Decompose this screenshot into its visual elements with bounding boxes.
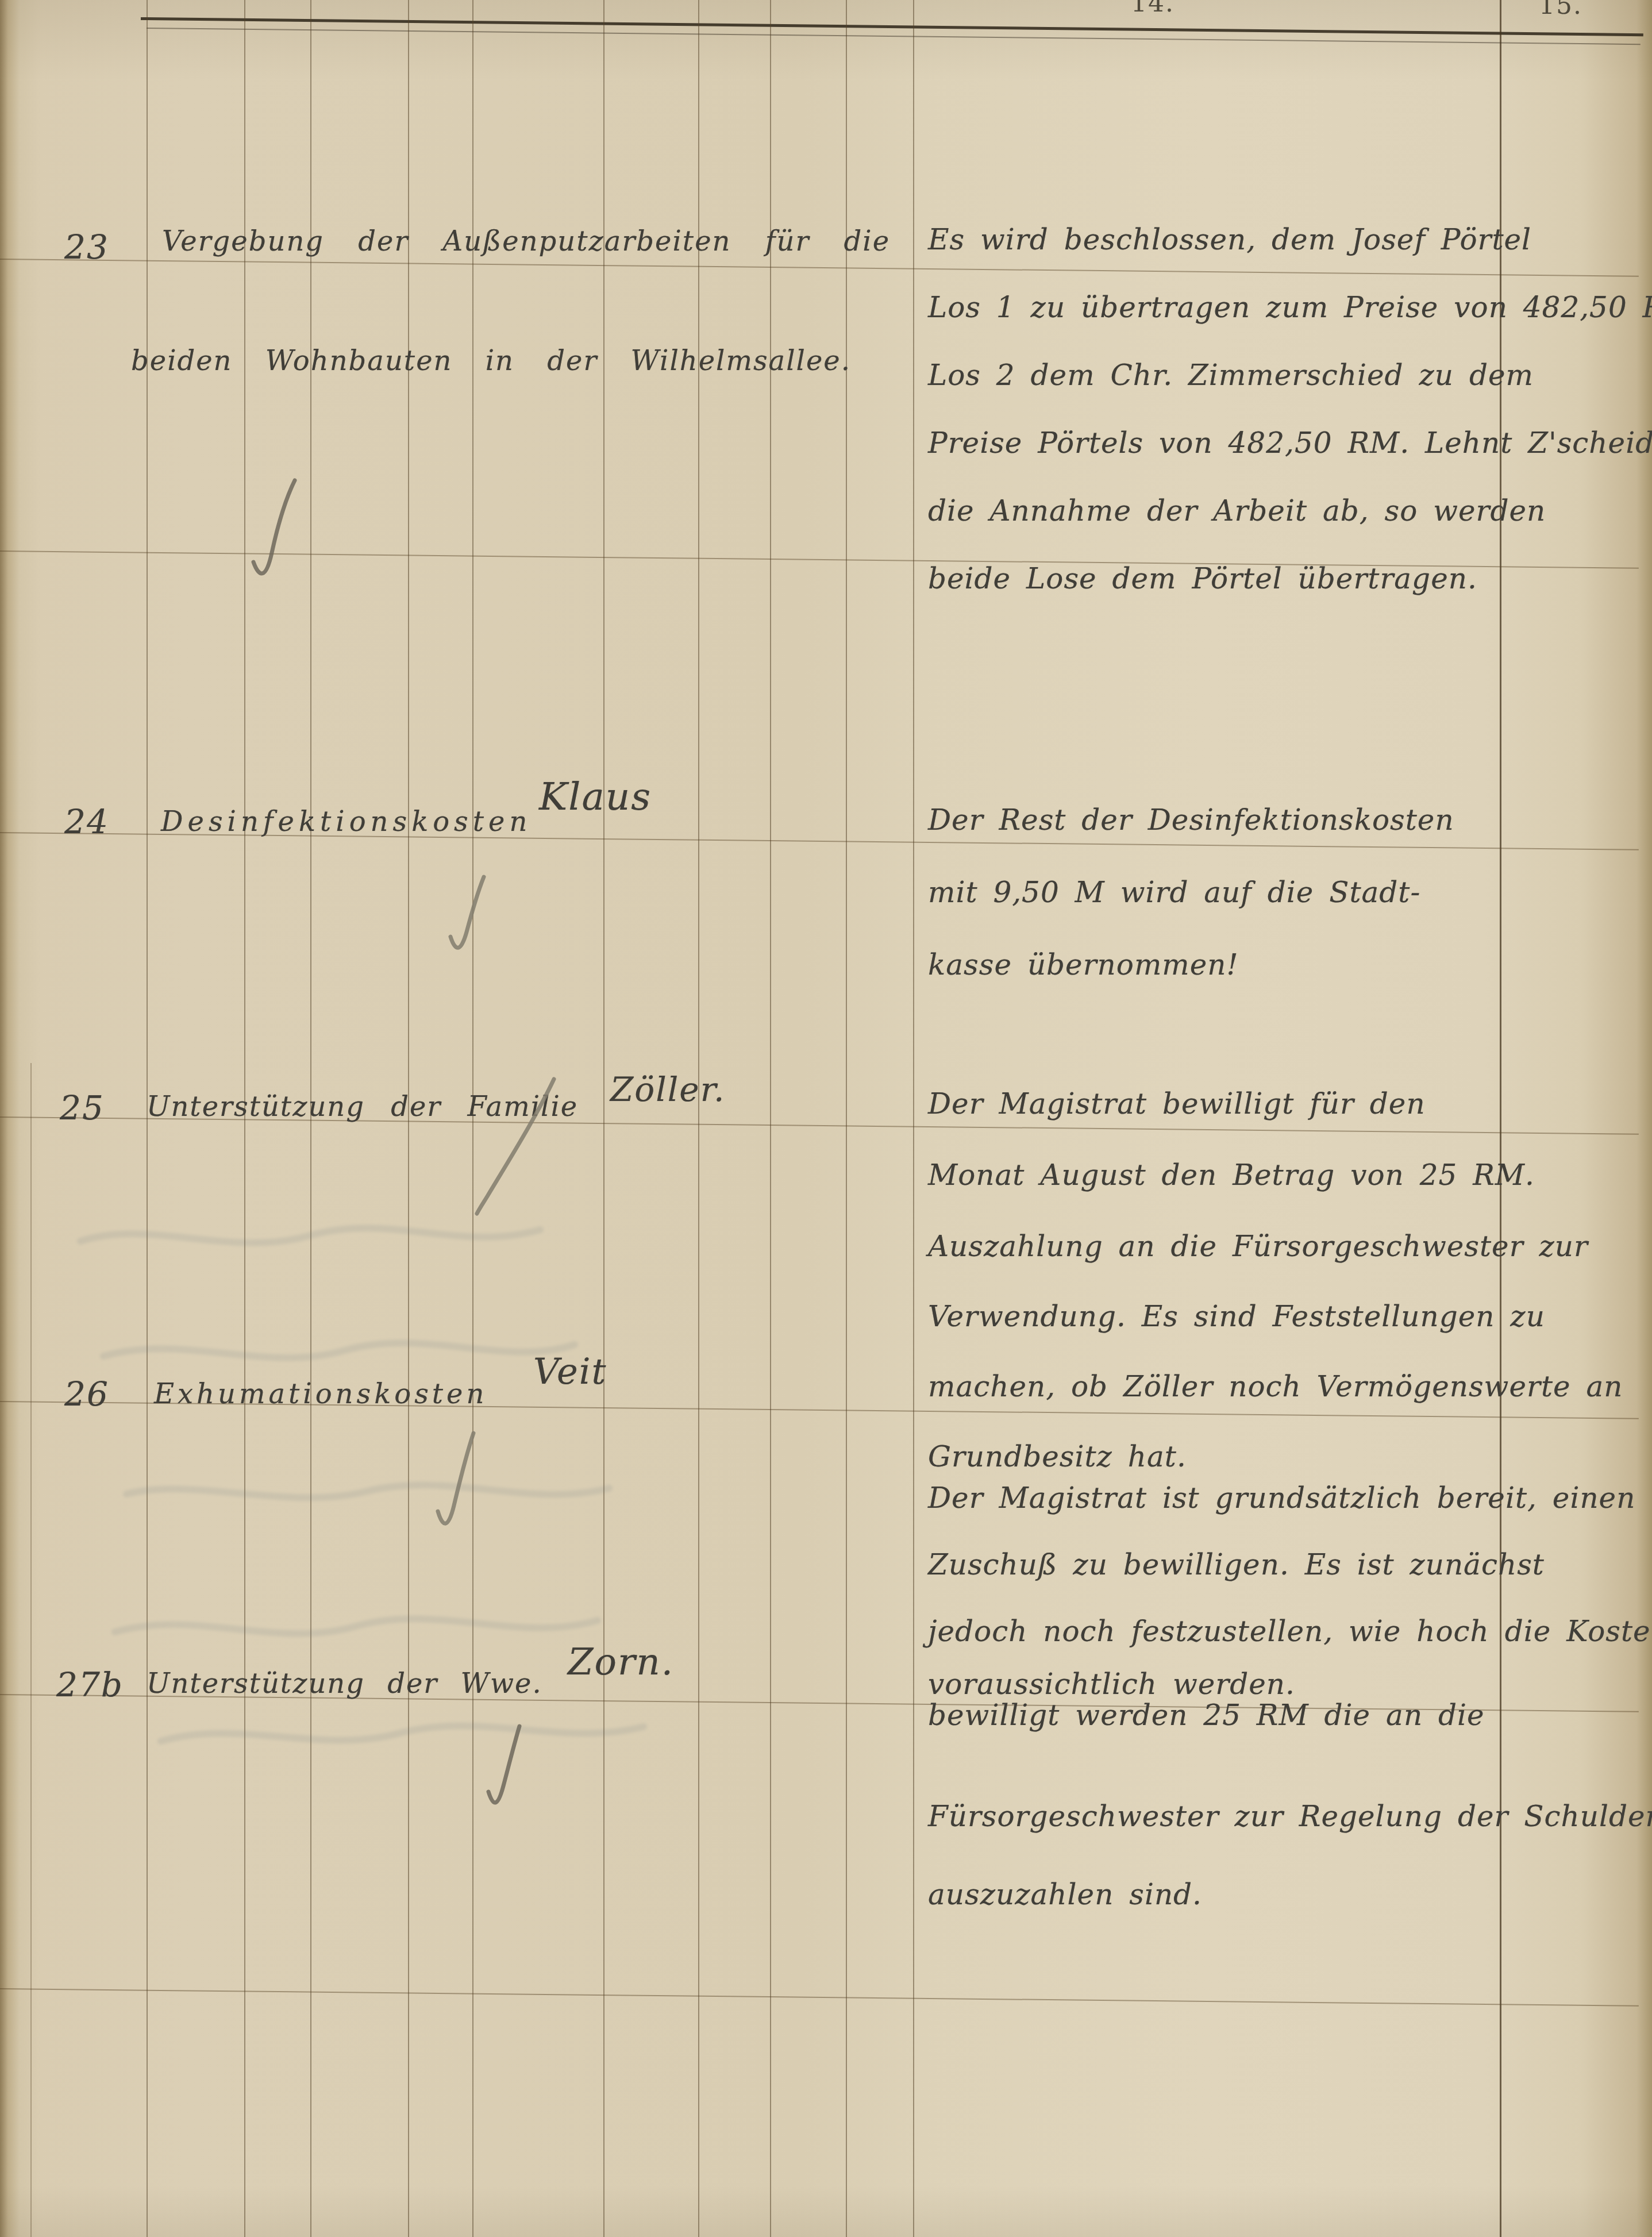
entry-subject: Exhumationskosten xyxy=(154,1378,487,1410)
resolution-line: mit 9,50 M wird auf die Stadt- xyxy=(928,876,1420,909)
entry-subject-name: Zöller. xyxy=(610,1070,725,1109)
checkmark-icon xyxy=(244,476,302,585)
resolution-line: Es wird beschlossen, dem Josef Pörtel xyxy=(928,223,1531,256)
entry-number: 26 xyxy=(64,1374,109,1414)
resolution-line: Der Magistrat ist grundsätzlich bereit, … xyxy=(928,1481,1635,1515)
row-rule xyxy=(0,259,1639,277)
resolution-line: Los 1 zu übertragen zum Preise von 482,5… xyxy=(928,291,1652,324)
column-rule xyxy=(698,0,699,2237)
ledger-page: 14. 15. 23 Vergebung der Außenputzarbeit… xyxy=(0,0,1652,2237)
entry-number: 23 xyxy=(64,228,109,267)
resolution-line: Monat August den Betrag von 25 RM. xyxy=(928,1158,1535,1192)
top-rule-secondary xyxy=(147,28,1641,45)
resolution-line: die Annahme der Arbeit ab, so werden xyxy=(928,494,1546,528)
entry-subject-name: Veit xyxy=(533,1350,607,1392)
resolution-line: Fürsorgeschwester zur Regelung der Schul… xyxy=(928,1800,1652,1833)
entry-number: 25 xyxy=(60,1088,105,1127)
column-rule xyxy=(770,0,771,2237)
checkmark-icon xyxy=(444,872,490,958)
checkmark-icon xyxy=(482,1723,526,1815)
resolution-line: beide Lose dem Pörtel übertragen. xyxy=(928,562,1477,595)
entry-number: 24 xyxy=(64,802,109,841)
row-rule xyxy=(0,1988,1639,2007)
entry-subject-name: Klaus xyxy=(539,775,652,819)
entry-subject-name: Zorn. xyxy=(568,1641,674,1684)
top-rule xyxy=(141,17,1643,36)
page-edge-rule xyxy=(1500,0,1501,2237)
column-rule xyxy=(30,1063,32,2237)
entry-subject: Vergebung der Außenputzarbeiten für die xyxy=(162,225,890,257)
resolution-line: Der Magistrat bewilligt für den xyxy=(928,1087,1426,1121)
column-rule xyxy=(603,0,604,2237)
resolution-line: Verwendung. Es sind Feststellungen zu xyxy=(928,1300,1545,1333)
page-number-left: 14. xyxy=(1131,0,1175,18)
entry-number: 27b xyxy=(56,1665,124,1704)
entry-subject: Desinfektionskosten xyxy=(161,806,532,838)
column-rule xyxy=(846,0,847,2237)
resolution-line: Grundbesitz hat. xyxy=(928,1440,1187,1473)
checkmark-icon xyxy=(470,1076,562,1219)
resolution-line: machen, ob Zöller noch Vermögenswerte an xyxy=(928,1370,1623,1403)
page-number-right: 15. xyxy=(1539,0,1582,20)
resolution-line: jedoch noch festzustellen, wie hoch die … xyxy=(928,1615,1652,1648)
resolution-line: voraussichtlich werden. xyxy=(928,1668,1295,1701)
column-rule xyxy=(913,0,914,2237)
resolution-line: kasse übernommen! xyxy=(928,948,1239,981)
resolution-line: Auszahlung an die Fürsorgeschwester zur xyxy=(928,1230,1588,1263)
resolution-line: bewilligt werden 25 RM die an die xyxy=(928,1699,1485,1732)
resolution-line: Zuschuß zu bewilligen. Es ist zunächst xyxy=(928,1548,1545,1581)
resolution-line: auszuzahlen sind. xyxy=(928,1878,1202,1911)
checkmark-icon xyxy=(430,1429,482,1538)
entry-subject: beiden Wohnbauten in der Wilhelmsallee. xyxy=(131,345,851,377)
resolution-line: Los 2 dem Chr. Zimmerschied zu dem xyxy=(928,359,1534,392)
resolution-line: Preise Pörtels von 482,50 RM. Lehnt Z'sc… xyxy=(928,426,1652,460)
resolution-line: Der Rest der Desinfektionskosten xyxy=(928,803,1454,837)
entry-subject: Unterstützung der Wwe. xyxy=(147,1668,542,1700)
